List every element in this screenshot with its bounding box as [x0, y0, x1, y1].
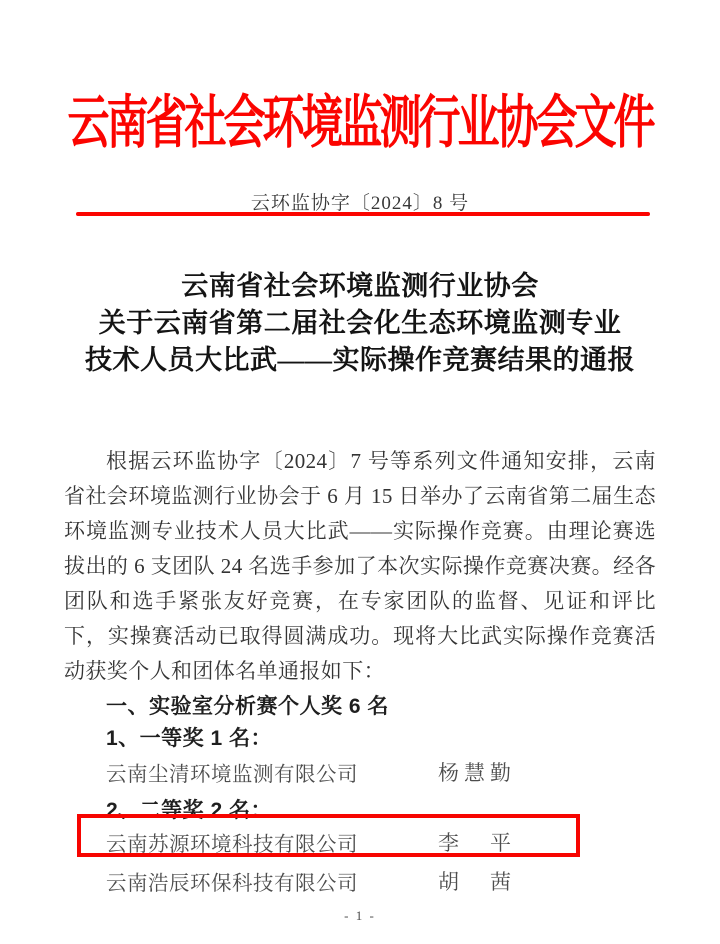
- first-prize-heading: 1、一等奖 1 名：: [106, 722, 272, 752]
- red-separator-line: [76, 212, 650, 216]
- org-letterhead-title: 云南省社会环境监测行业协会文件: [0, 78, 720, 160]
- document-title-line-1: 云南省社会环境监测行业协会: [0, 268, 720, 305]
- winner-name: 胡 茜: [438, 866, 516, 896]
- doc-number: 云环监协字〔2024〕8 号: [0, 188, 720, 215]
- document-page: 云南省社会环境监测行业协会文件 云环监协字〔2024〕8 号 云南省社会环境监测…: [0, 0, 720, 944]
- company-name: 云南苏源环境科技有限公司: [106, 827, 358, 857]
- winner-name: 杨慧勤: [438, 757, 516, 787]
- document-title: 云南省社会环境监测行业协会 关于云南省第二届社会化生态环境监测专业 技术人员大比…: [0, 268, 720, 379]
- section-heading-lab-individual-awards: 一、实验室分析赛个人奖 6 名: [106, 690, 389, 720]
- company-name: 云南尘清环境监测有限公司: [106, 757, 358, 787]
- document-title-line-2: 关于云南省第二届社会化生态环境监测专业: [0, 305, 720, 342]
- winner-name: 李 平: [438, 827, 516, 857]
- award-row-second-prize-1: 云南苏源环境科技有限公司 李 平: [0, 827, 720, 851]
- document-title-line-3: 技术人员大比武——实际操作竞赛结果的通报: [0, 342, 720, 379]
- page-number: - 1 -: [0, 908, 720, 924]
- company-name: 云南浩辰环保科技有限公司: [106, 866, 358, 896]
- award-row-first-prize: 云南尘清环境监测有限公司 杨慧勤: [0, 757, 720, 781]
- body-paragraph: 根据云环监协字〔2024〕7 号等系列文件通知安排，云南省社会环境监测行业协会于…: [64, 444, 656, 689]
- award-row-second-prize-2: 云南浩辰环保科技有限公司 胡 茜: [0, 866, 720, 890]
